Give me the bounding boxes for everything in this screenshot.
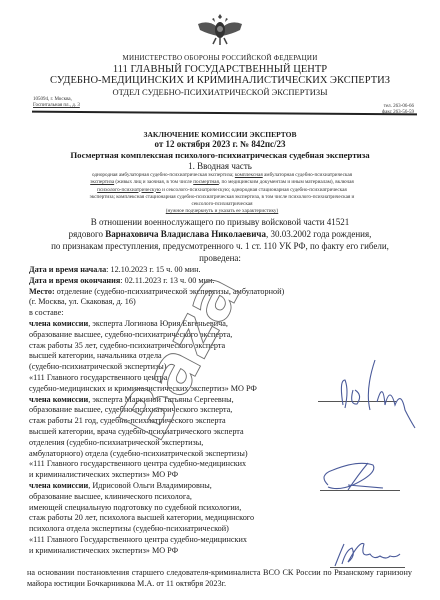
- member-3: члена комиссии, Идрисовой Ольги Владимир…: [29, 481, 359, 492]
- options-note: (нужное подчеркнуть и указать ее характе…: [32, 208, 412, 215]
- subject-line1: В отношении военнослужащего по призыву в…: [30, 216, 410, 228]
- signature-2-icon: [318, 455, 408, 500]
- document-title: ЗАКЛЮЧЕНИЕ КОМИССИИ ЭКСПЕРТОВ: [0, 130, 440, 139]
- member-2: члена комиссии, эксперта Маркиной Татьян…: [29, 395, 359, 406]
- end-datetime: Дата и время окончания: 02.11.2023 г. 13…: [29, 276, 359, 287]
- place-address: (г. Москва, ул. Скаковая, д. 16): [29, 297, 359, 308]
- examination-type: Посмертная комплексная психолого-психиат…: [0, 150, 440, 160]
- place: Место: отделение (судебно-психиатрическо…: [29, 287, 359, 298]
- address: 105094, г. Москва, Госпитальная пл., д. …: [33, 97, 80, 109]
- subject-line2: рядового Варнаховича Владислава Николаев…: [30, 228, 410, 240]
- ministry-name: МИНИСТЕРСТВО ОБОРОНЫ РОССИЙСКОЙ ФЕДЕРАЦИ…: [0, 54, 440, 62]
- start-datetime: Дата и время начала: 12.10.2023 г. 15 ч.…: [29, 265, 359, 276]
- signature-1-icon: [335, 350, 425, 430]
- member-1: члена комиссии, эксперта Логинова Юрия Е…: [29, 319, 359, 330]
- subject-name: Варнаховича Владислава Николаевича: [105, 229, 266, 239]
- examination-options: однородная амбулаторная судебно-психиатр…: [32, 172, 412, 216]
- section-heading: 1. Вводная часть: [0, 161, 440, 171]
- center-name: 111 ГЛАВНЫЙ ГОСУДАРСТВЕННЫЙ ЦЕНТР СУДЕБН…: [0, 64, 440, 86]
- subject-line4: проведена:: [30, 252, 410, 264]
- double-headed-eagle-emblem-icon: [196, 10, 244, 48]
- department-name: ОТДЕЛ СУДЕБНО-ПСИХИАТРИЧЕСКОЙ ЭКСПЕРТИЗЫ: [0, 87, 440, 97]
- address-line2: Госпитальная пл., д. 3: [33, 103, 80, 109]
- subject-block: В отношении военнослужащего по призыву в…: [30, 216, 410, 264]
- center-name-line1: 111 ГЛАВНЫЙ ГОСУДАРСТВЕННЫЙ ЦЕНТР: [0, 64, 440, 75]
- legal-basis: на основании постановления старшего след…: [27, 567, 412, 589]
- header-divider: [32, 111, 417, 116]
- subject-line3: по признакам преступления, предусмотренн…: [30, 240, 410, 252]
- center-name-line2: СУДЕБНО-МЕДИЦИНСКИХ И КРИМИНАЛИСТИЧЕСКИХ…: [0, 75, 440, 86]
- exam-details: Дата и время начала: 12.10.2023 г. 15 ч.…: [29, 265, 359, 557]
- signature-3-icon: [330, 538, 410, 570]
- document-page: МИНИСТЕРСТВО ОБОРОНЫ РОССИЙСКОЙ ФЕДЕРАЦИ…: [0, 0, 440, 600]
- document-date-number: от 12 октября 2023 г. № 842пс/23: [0, 139, 440, 149]
- composition-label: в составе:: [29, 308, 359, 319]
